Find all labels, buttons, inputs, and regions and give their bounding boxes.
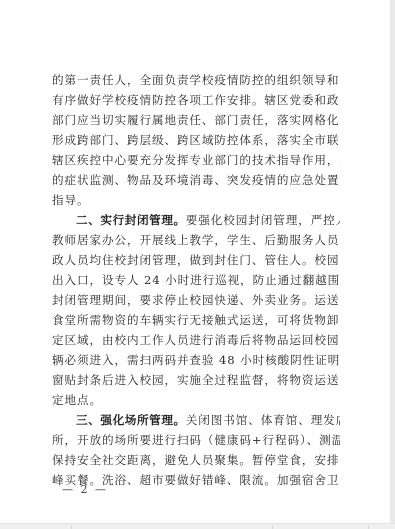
text-line: 定区域，由校内工作人员进行消毒后将物品运回校园。如运输车 bbox=[52, 330, 340, 350]
text-line: 辆必须进入，需扫两码并查验 48 小时核酸阴性证明，对车门和车 bbox=[52, 350, 340, 370]
scrollbar-divider bbox=[71, 525, 72, 529]
text-line: 的第一责任人，全面负责学校疫情防控的组织领导和责任落实， bbox=[52, 70, 340, 90]
section-first-line: 二、实行封闭管理。要强化校园封闭管理，严控人员进出， bbox=[52, 210, 340, 230]
document-page: 的第一责任人，全面负责学校疫情防控的组织领导和责任落实， 有序做好学校疫情防控各… bbox=[0, 0, 390, 524]
text-line: 的症状监测、物品及环境消毒、突发疫情的应急处置进行培训和 bbox=[52, 170, 340, 190]
text-line: 出入口，设专人 24 小时进行巡视，防止通过翻越围墙出入。校园 bbox=[52, 270, 340, 290]
text-line: 指导。 bbox=[52, 190, 340, 210]
text-line: 形成跨部门、跨层级、跨区域防控体系，落实全市联防联控机制。 bbox=[52, 130, 340, 150]
text-line: 食堂所需物资的车辆实行无接触式运送，可将货物卸在校门外指 bbox=[52, 310, 340, 330]
section-heading: 二、实行封闭管理。 bbox=[76, 213, 186, 227]
section-text: 关闭图书馆、体育馆、理发店等重点场 bbox=[186, 413, 340, 427]
text-line: 部门应当切实履行属地责任、部门责任，落实网格化管理措施， bbox=[52, 110, 340, 130]
text-line: 定地点。 bbox=[52, 390, 340, 410]
text-line: 封闭管理期间，要求停止校园快递、外卖业务。运送生活必需品、 bbox=[52, 290, 340, 310]
scrollbar-divider bbox=[272, 525, 273, 529]
scrollbar-divider bbox=[368, 525, 369, 529]
horizontal-scrollbar[interactable] bbox=[0, 523, 395, 529]
paragraph-continuation: 的第一责任人，全面负责学校疫情防控的组织领导和责任落实， 有序做好学校疫情防控各… bbox=[52, 70, 340, 210]
text-line: 有序做好学校疫情防控各项工作安排。辖区党委和政府及其有关 bbox=[52, 90, 340, 110]
text-line: 教师居家办公，开展线上教学，学生、后勤服务人员、管理和行 bbox=[52, 230, 340, 250]
section-closed-management: 二、实行封闭管理。要强化校园封闭管理，严控人员进出， 教师居家办公，开展线上教学… bbox=[52, 210, 340, 410]
section-text: 要强化校园封闭管理，严控人员进出， bbox=[186, 213, 340, 227]
section-first-line: 三、强化场所管理。关闭图书馆、体育馆、理发店等重点场 bbox=[52, 410, 340, 430]
document-viewer: 的第一责任人，全面负责学校疫情防控的组织领导和责任落实， 有序做好学校疫情防控各… bbox=[0, 0, 395, 529]
text-line: 窗贴封条后进入校园，实施全过程监督，将物资运送到校园内指 bbox=[52, 370, 340, 390]
page-number: — 2 — bbox=[62, 483, 108, 496]
text-line: 保持安全社交距离，避免人员聚集。暂停堂食，安排分时段、错 bbox=[52, 450, 340, 470]
text-line: 所，开放的场所要进行扫码（健康码+行程码）、测温、戴口罩， bbox=[52, 430, 340, 450]
text-line: 辖区疾控中心要充分发挥专业部门的技术指导作用，对师生员工 bbox=[52, 150, 340, 170]
text-line: 政人员均住校封闭管理，做到封住门、管住人。校园只保留一个 bbox=[52, 250, 340, 270]
section-heading: 三、强化场所管理。 bbox=[76, 413, 186, 427]
page-body: 的第一责任人，全面负责学校疫情防控的组织领导和责任落实， 有序做好学校疫情防控各… bbox=[52, 70, 340, 490]
vertical-scrollbar[interactable] bbox=[390, 0, 395, 524]
section-venue-management: 三、强化场所管理。关闭图书馆、体育馆、理发店等重点场 所，开放的场所要进行扫码（… bbox=[52, 410, 340, 490]
